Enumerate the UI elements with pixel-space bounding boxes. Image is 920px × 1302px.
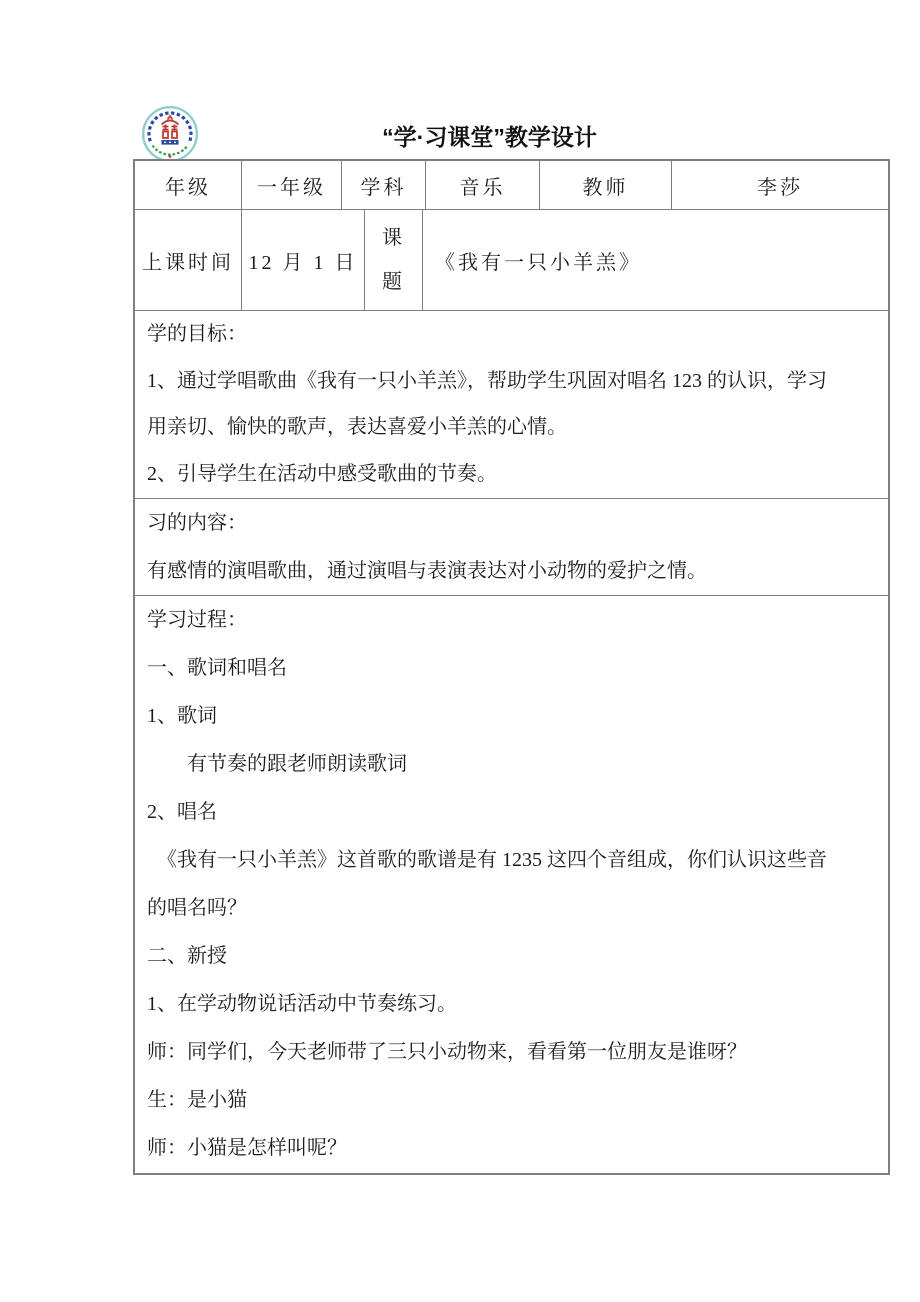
text-line: 师：同学们，今天老师带了三只小动物来，看看第一位朋友是谁呀？ — [147, 1028, 880, 1076]
table-row-lesson: 上课时间 12 月 1 日 课 题 《我有一只小羊羔》 — [135, 209, 888, 310]
text-line: 生：是小猫 — [147, 1076, 880, 1124]
text-line: 1、通过学唱歌曲《我有一只小羊羔》，帮助学生巩固对唱名 123 的认识，学习 — [147, 358, 880, 405]
table-row-info: 年级 一年级 学科 音乐 教师 李莎 — [135, 161, 888, 209]
grade-label-cell: 年级 — [135, 161, 241, 209]
lesson-plan-table: 年级 一年级 学科 音乐 教师 李莎 上课时间 12 月 1 日 课 题 《我有… — [133, 159, 890, 1175]
text-line: 《我有一只小羊羔》这首歌的歌谱是有 1235 这四个音组成，你们认识这些音 — [147, 836, 880, 884]
lesson-title-value-cell: 《我有一只小羊羔》 — [422, 210, 888, 310]
text-line: 2、引导学生在活动中感受歌曲的节奏。 — [147, 451, 880, 498]
goals-heading: 学的目标： — [147, 311, 880, 358]
process-section: 学习过程： 一、歌词和唱名 1、歌词 有节奏的跟老师朗读歌词 2、唱名 《我有一… — [135, 595, 888, 1173]
grade-value-cell: 一年级 — [241, 161, 341, 209]
goals-section: 学的目标： 1、通过学唱歌曲《我有一只小羊羔》，帮助学生巩固对唱名 123 的认… — [135, 310, 888, 498]
page-title: “学·习课堂”教学设计 — [111, 119, 868, 155]
text-line: 1、在学动物说话活动中节奏练习。 — [147, 980, 880, 1028]
text-line: 2、唱名 — [147, 788, 880, 836]
text-line: 一、歌词和唱名 — [147, 644, 880, 692]
text-line: 有节奏的跟老师朗读歌词 — [147, 740, 880, 788]
lesson-label-bottom: 题 — [382, 260, 405, 304]
content-heading: 习的内容： — [147, 499, 880, 547]
teacher-value-cell: 李莎 — [671, 161, 888, 209]
text-line: 二、新授 — [147, 932, 880, 980]
lesson-title-label-cell: 课 题 — [364, 210, 422, 310]
text-line: 的唱名吗？ — [147, 884, 880, 932]
text-line: 师：小猫是怎样叫呢？ — [147, 1124, 880, 1172]
text-line: 1、歌词 — [147, 692, 880, 740]
teacher-label-cell: 教师 — [539, 161, 671, 209]
subject-value-cell: 音乐 — [425, 161, 539, 209]
content-section: 习的内容： 有感情的演唱歌曲，通过演唱与表演表达对小动物的爱护之情。 — [135, 498, 888, 595]
class-time-label-cell: 上课时间 — [135, 210, 241, 310]
process-heading: 学习过程： — [147, 596, 880, 644]
class-time-value-cell: 12 月 1 日 — [241, 210, 364, 310]
document-page: “学·习课堂”教学设计 年级 一年级 学科 音乐 教师 李莎 上课时间 12 月… — [0, 0, 920, 1302]
subject-label-cell: 学科 — [341, 161, 425, 209]
lesson-label-top: 课 — [382, 216, 405, 260]
text-line: 有感情的演唱歌曲，通过演唱与表演表达对小动物的爱护之情。 — [147, 547, 880, 595]
text-line: 用亲切、愉快的歌声，表达喜爱小羊羔的心情。 — [147, 404, 880, 451]
